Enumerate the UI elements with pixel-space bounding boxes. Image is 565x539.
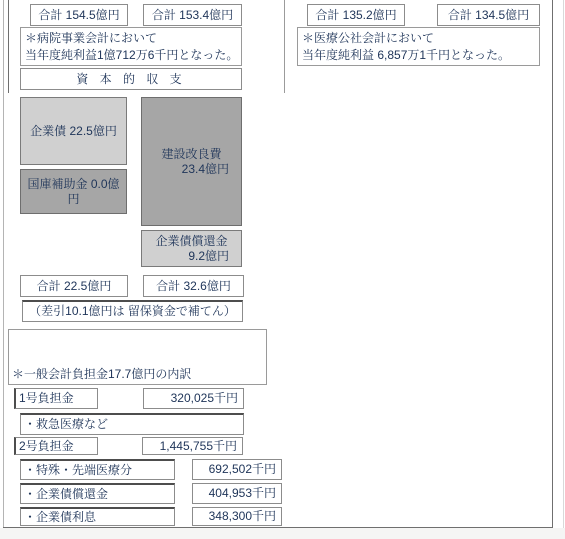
futankin-row4-value: 692,502千円 (209, 462, 276, 477)
kosha-note-box: ＊医療公社会計において 当年度純利益 6,857万1千円となった。 (297, 27, 540, 66)
capital-kokko-hojokin-label: 国庫補助金 0.0億円 (23, 177, 124, 207)
kosha-note-line1: ＊医療公社会計において (302, 30, 434, 47)
futankin-row6-label: ・企業債利息 (24, 510, 96, 525)
futankin-row1-label: 1号負担金 (19, 391, 74, 406)
capital-shokan-box: 企業債償還金 9.2億円 (141, 230, 242, 267)
hospital-note-line2: 当年度純利益1億712万6千円となった。 (25, 47, 238, 64)
capital-kokko-hojokin-box: 国庫補助金 0.0億円 (20, 169, 127, 214)
futankin-row6-label-box: ・企業債利息 (20, 507, 175, 526)
capital-balance-header: 資 本 的 収 支 (20, 68, 242, 90)
hospital-total-revenue-box: 合計 154.5億円 (30, 4, 128, 26)
futankin-row4-label: ・特殊・先端医療分 (24, 463, 132, 478)
futankin-row4-value-box: 692,502千円 (192, 459, 282, 480)
frame-inner-left-line (8, 0, 9, 93)
capital-kensetsu-value: 23.4億円 (182, 162, 241, 177)
hospital-total-expense-box: 合計 153.4億円 (143, 4, 242, 26)
futankin-row1-value-box: 320,025千円 (143, 388, 244, 409)
capital-sashihiki-box: （差引10.1億円は 留保資金で補てん） (22, 300, 243, 322)
futankin-row3-value: 1,445,755千円 (160, 439, 237, 454)
capital-total-out-label: 合計 32.6億円 (156, 279, 231, 294)
capital-shokan-label: 企業債償還金 (155, 234, 227, 249)
capital-total-in-label: 合計 22.5億円 (37, 279, 112, 294)
capital-kigyosai-box: 企業債 22.5億円 (20, 97, 127, 165)
futankin-row2-label: ・救急医療など (24, 417, 108, 432)
capital-balance-header-label: 資 本 的 収 支 (76, 72, 185, 87)
futankin-row5-value: 404,953千円 (209, 486, 276, 501)
futankin-row3-label: 2号負担金 (19, 439, 74, 454)
bottom-margin-strip (0, 528, 565, 539)
kosha-total-revenue-box: 合計 135.2億円 (307, 4, 405, 26)
futankin-heading-box: ＊一般会計負担金17.7億円の内訳 (8, 329, 267, 385)
futankin-row5-label-box: ・企業債償還金 (20, 483, 175, 504)
capital-total-out-box: 合計 32.6億円 (143, 275, 244, 297)
capital-sashihiki-label: （差引10.1億円は 留保資金で補てん） (29, 304, 236, 319)
capital-total-in-box: 合計 22.5億円 (20, 275, 128, 297)
futankin-row2-label-box: ・救急医療など (20, 413, 244, 435)
futankin-row4-label-box: ・特殊・先端医療分 (20, 459, 175, 480)
futankin-row3-label-box: 2号負担金 (14, 437, 98, 455)
frame-outer-right-line (563, 0, 564, 528)
kosha-note-line2: 当年度純利益 6,857万1千円となった。 (302, 47, 510, 64)
futankin-row5-value-box: 404,953千円 (192, 483, 282, 504)
frame-left-line (3, 0, 4, 528)
futankin-heading-label: ＊一般会計負担金17.7億円の内訳 (12, 367, 191, 382)
budget-diagram-canvas: 合計 154.5億円 合計 153.4億円 ＊病院事業会計において 当年度純利益… (0, 0, 565, 539)
capital-kensetsu-label: 建設改良費 (161, 147, 221, 162)
hospital-note-box: ＊病院事業会計において 当年度純利益1億712万6千円となった。 (20, 27, 242, 66)
kosha-total-expense-label: 合計 134.5億円 (448, 8, 529, 23)
frame-center-divider-line (284, 0, 285, 93)
futankin-row5-label: ・企業債償還金 (24, 487, 108, 502)
kosha-total-revenue-label: 合計 135.2億円 (315, 8, 396, 23)
hospital-total-expense-label: 合計 153.4億円 (152, 8, 233, 23)
futankin-row1-label-box: 1号負担金 (14, 388, 98, 409)
capital-kensetsu-box: 建設改良費 23.4億円 (141, 97, 242, 226)
capital-shokan-value: 9.2億円 (188, 249, 241, 264)
kosha-total-expense-box: 合計 134.5億円 (437, 4, 540, 26)
futankin-row6-value-box: 348,300千円 (192, 507, 282, 526)
hospital-note-line1: ＊病院事業会計において (25, 30, 157, 47)
capital-kigyosai-label: 企業債 22.5億円 (30, 124, 117, 139)
futankin-row3-value-box: 1,445,755千円 (142, 437, 243, 455)
frame-right-line (552, 0, 553, 528)
futankin-row1-value: 320,025千円 (171, 391, 238, 406)
hospital-total-revenue-label: 合計 154.5億円 (38, 8, 119, 23)
futankin-row6-value: 348,300千円 (209, 509, 276, 524)
